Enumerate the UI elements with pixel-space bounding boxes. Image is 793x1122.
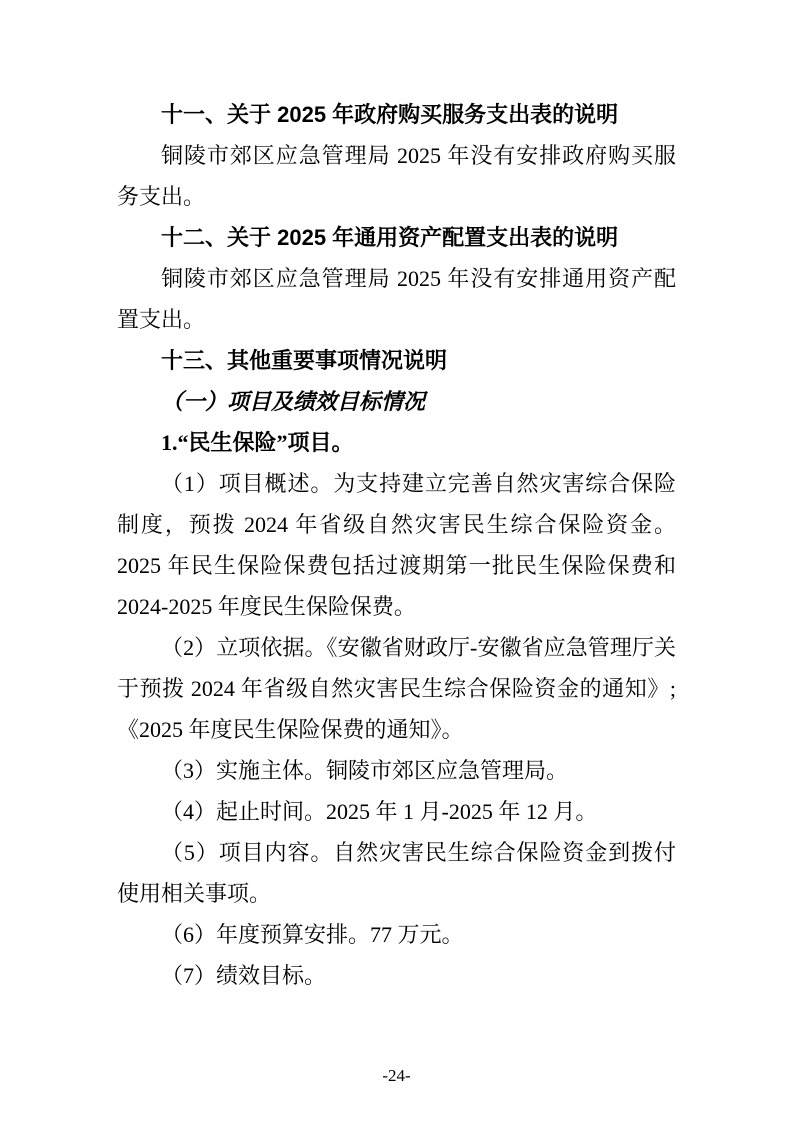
paragraph-project-content: （5）项目内容。自然灾害民生综合保险资金到拨付使用相关事项。	[117, 832, 676, 914]
project-heading-minsheng: 1.“民生保险”项目。	[117, 422, 676, 463]
page-footer: -24-	[0, 1064, 793, 1088]
section-heading-13: 十三、其他重要事项情况说明	[117, 340, 676, 381]
section-heading-11: 十一、关于 2025 年政府购买服务支出表的说明	[117, 94, 676, 135]
paragraph-project-basis: （2）立项依据。《安徽省财政厅-安徽省应急管理厅关于预拨 2024 年省级自然灾…	[117, 627, 676, 750]
section-12-paragraph: 铜陵市郊区应急管理局 2025 年没有安排通用资产配置支出。	[117, 258, 676, 340]
paragraph-project-budget: （6）年度预算安排。77 万元。	[117, 914, 676, 955]
paragraph-project-overview: （1）项目概述。为支持建立完善自然灾害综合保险制度，预拨 2024 年省级自然灾…	[117, 463, 676, 627]
subsection-heading-1: （一）项目及绩效目标情况	[117, 381, 676, 422]
document-content: 十一、关于 2025 年政府购买服务支出表的说明 铜陵市郊区应急管理局 2025…	[117, 94, 676, 996]
paragraph-project-duration: （4）起止时间。2025 年 1 月-2025 年 12 月。	[117, 791, 676, 832]
section-11-paragraph: 铜陵市郊区应急管理局 2025 年没有安排政府购买服务支出。	[117, 135, 676, 217]
section-heading-12: 十二、关于 2025 年通用资产配置支出表的说明	[117, 217, 676, 258]
page-number: -24-	[382, 1066, 410, 1085]
paragraph-project-entity: （3）实施主体。铜陵市郊区应急管理局。	[117, 750, 676, 791]
document-page: 十一、关于 2025 年政府购买服务支出表的说明 铜陵市郊区应急管理局 2025…	[0, 0, 793, 1122]
paragraph-project-goal: （7）绩效目标。	[117, 955, 676, 996]
